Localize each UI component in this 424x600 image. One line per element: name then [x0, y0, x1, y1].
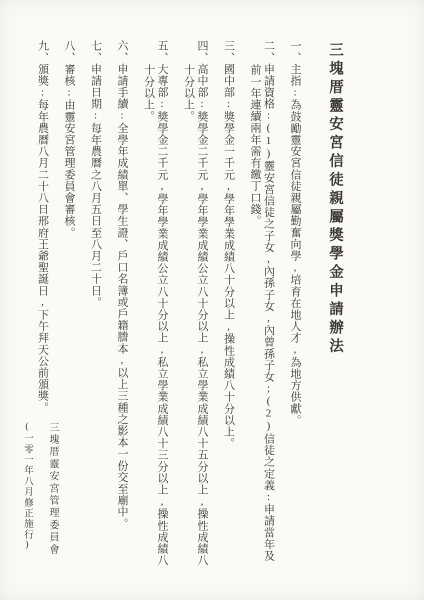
rule-item-application-dates: 七、申請日期:每年農曆之八月五日至八月二十日。	[88, 40, 102, 570]
document-title: 三塊厝靈安宮信徒親屬獎學金申請辦法	[325, 42, 346, 570]
document-body: 三塊厝靈安宮信徒親屬獎學金申請辦法 一、主指:為鼓勵靈安宮信徒親屬勤奮向學,培育…	[22, 40, 370, 570]
rule-item-procedure: 六、申請手續:全學年成績單、學生證、戶口名簿或戶籍謄本,以上三種之影本一份交至廟…	[115, 40, 129, 570]
document-footer: 三塊厝靈安宮管理委員會 (一零一年八月修正施行)	[20, 422, 60, 592]
rule-item-eligibility: 二、申請資格:(1)靈安宮信徒之子女,內孫子女,內曾孫子女;(2)信徒之定義:申…	[248, 40, 275, 570]
enactment-note: (一零一年八月修正施行)	[20, 422, 34, 592]
rule-item-purpose: 一、主指:為鼓勵靈安宮信徒親屬勤奮向學,培育在地人才,為地方供獻。	[288, 40, 302, 570]
scanned-document-page: 三塊厝靈安宮信徒親屬獎學金申請辦法 一、主指:為鼓勵靈安宮信徒親屬勤奮向學,培育…	[0, 0, 424, 600]
rule-item-review: 八、審核:由靈安宮管理委員會審核。	[62, 40, 76, 570]
issuing-organization: 三塊厝靈安宮管理委員會	[45, 422, 60, 592]
rule-item-junior-high-award: 三、國中部:獎學金一千元,學年學業成績八十分以上,操性成績八十分以上。	[221, 40, 235, 570]
rule-item-college-award: 五、大專部:獎學金二千元,學年學業成績公立八十分以上,私立學業成績八十三分以上,…	[141, 40, 168, 570]
rule-item-senior-high-award: 四、高中部:獎學金二千元,學年學業成績公立八十分以上,私立學業成績八十五分以上,…	[181, 40, 208, 570]
